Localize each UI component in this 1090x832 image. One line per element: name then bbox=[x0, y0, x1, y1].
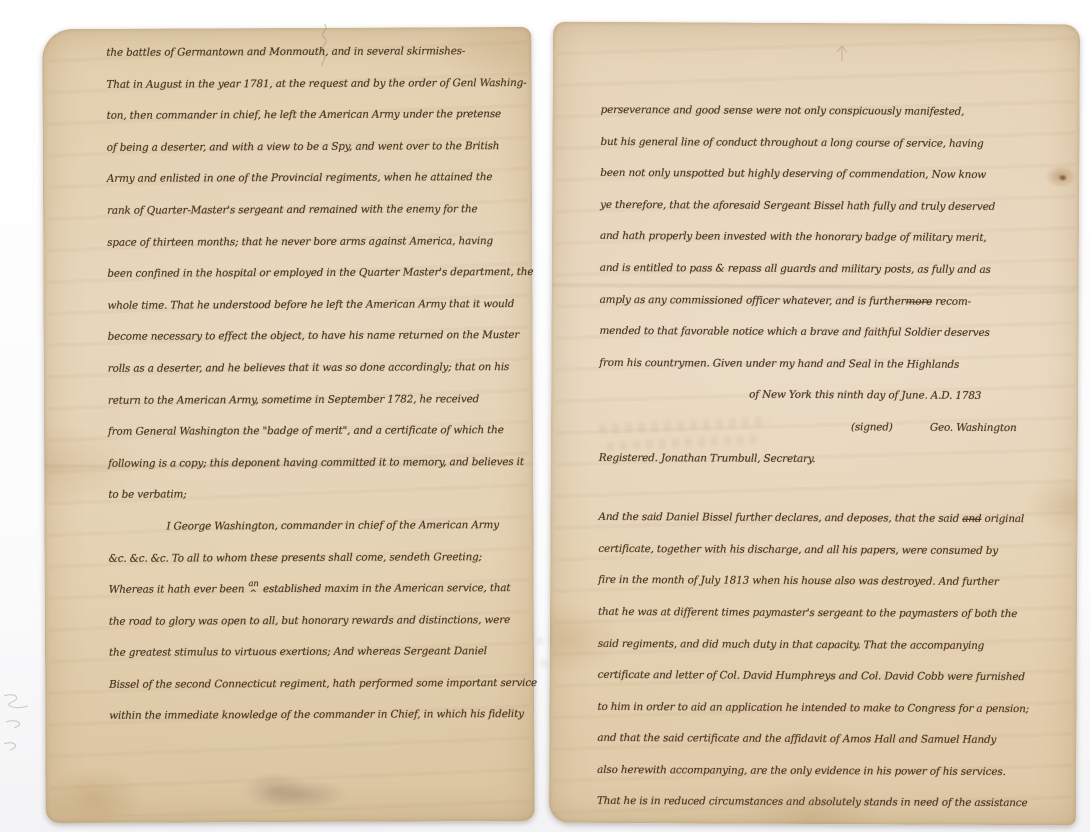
manuscript-line: been confined in the hospital or employe… bbox=[107, 257, 527, 290]
manuscript-line: certificate, together with his discharge… bbox=[598, 534, 1060, 568]
manuscript-line: from his countrymen. Given under my hand… bbox=[599, 348, 1061, 382]
manuscript-line: perseverance and good sense were not onl… bbox=[601, 95, 1063, 129]
manuscript-line: the greatest stimulus to virtuous exerti… bbox=[109, 636, 529, 669]
struck-word: more bbox=[906, 295, 933, 307]
inserted-word: an ^ bbox=[248, 569, 258, 601]
manuscript-line: from General Washington the "badge of me… bbox=[108, 415, 528, 448]
manuscript-line: whole time. That he understood before he… bbox=[107, 289, 527, 322]
manuscript-line: following is a copy; this deponent havin… bbox=[108, 447, 528, 480]
manuscript-line: the road to glory was open to all, but h… bbox=[109, 605, 529, 638]
manuscript-line: return to the American Army, sometime in… bbox=[108, 383, 528, 416]
manuscript-line: of being a deserter, and with a view to … bbox=[107, 131, 527, 164]
manuscript-line: rank of Quarter-Master's sergeant and re… bbox=[107, 194, 527, 227]
manuscript-line: and that the said certificate and the af… bbox=[597, 723, 1059, 757]
manuscript-line: also herewith accompanying, are the only… bbox=[597, 755, 1059, 789]
right-page: perseverance and good sense were not onl… bbox=[549, 22, 1080, 826]
manuscript-line: That he is in reduced circumstances and … bbox=[597, 786, 1059, 820]
caret-mark: ^ bbox=[249, 579, 257, 611]
manuscript-line: rolls as a deserter, and he believes tha… bbox=[108, 352, 528, 385]
left-page-text: the battles of Germantown and Monmouth, … bbox=[106, 36, 529, 733]
manuscript-line: &c. &c. &c. To all to whom these present… bbox=[109, 541, 529, 574]
signed-label: (signed) bbox=[851, 421, 893, 433]
pencil-mark bbox=[0, 688, 42, 758]
manuscript-line: mended to that favorable notice which a … bbox=[599, 316, 1061, 350]
line-text: And the said Daniel Bissel further decla… bbox=[598, 511, 962, 525]
manuscript-line: fire in the month of July 1813 when his … bbox=[598, 565, 1060, 599]
manuscript-line-with-strikethrough: And the said Daniel Bissel further decla… bbox=[598, 502, 1060, 536]
manuscript-line: within the immediate knowledge of the co… bbox=[109, 699, 529, 732]
smudge-mark bbox=[258, 780, 348, 810]
line-text: established maxim in the American servic… bbox=[263, 582, 511, 595]
manuscript-line-certificate-opening: I George Washington, commander in chief … bbox=[108, 510, 528, 543]
struck-word: and bbox=[962, 513, 981, 525]
manuscript-line: certificate and letter of Col. David Hum… bbox=[598, 660, 1060, 694]
line-text: original bbox=[981, 513, 1024, 525]
manuscript-line: ton, then commander in chief, he left th… bbox=[107, 99, 527, 132]
manuscript-line-with-insertion: Whereas it hath ever been an ^ establish… bbox=[109, 573, 529, 606]
manuscript-line: to be verbatim; bbox=[108, 478, 528, 511]
manuscript-line: Army and enlisted in one of the Provinci… bbox=[107, 162, 527, 195]
line-text: Whereas it hath ever been bbox=[109, 583, 245, 596]
ink-blot bbox=[1058, 174, 1067, 181]
line-text: amply as any commissioned officer whatev… bbox=[600, 293, 906, 307]
manuscript-line: to him in order to aid an application he… bbox=[597, 692, 1059, 726]
manuscript-line: said regiments, and did much duty in tha… bbox=[598, 628, 1060, 662]
manuscript-line: been not only unspotted but highly deser… bbox=[600, 158, 1062, 192]
manuscript-line: become necessary to effect the object, t… bbox=[108, 320, 528, 353]
manuscript-line-with-strikethrough: amply as any commissioned officer whatev… bbox=[600, 284, 1062, 318]
registration-line: Registered. Jonathan Trumbull, Secretary… bbox=[599, 442, 1061, 476]
manuscript-line: and hath properly been invested with the… bbox=[600, 221, 1062, 255]
manuscript-line: Bissel of the second Connecticut regimen… bbox=[109, 668, 529, 701]
washington-signature: Geo. Washington bbox=[930, 422, 1017, 434]
line-text: recom- bbox=[932, 295, 971, 307]
dateline: of New York this ninth day of June. A.D.… bbox=[599, 379, 1061, 413]
manuscript-line: ye therefore, that the aforesaid Sergean… bbox=[600, 190, 1062, 224]
right-page-text: perseverance and good sense were not onl… bbox=[597, 95, 1063, 820]
manuscript-line: but his general line of conduct througho… bbox=[600, 126, 1062, 160]
manuscript-line: space of thirteen months; that he never … bbox=[107, 226, 527, 259]
signature-line: (signed) Geo. Washington bbox=[599, 411, 1061, 445]
manuscript-line: that he was at different times paymaster… bbox=[598, 597, 1060, 631]
left-page: the battles of Germantown and Monmouth, … bbox=[42, 27, 534, 823]
manuscript-line: the battles of Germantown and Monmouth, … bbox=[106, 36, 526, 69]
scanned-document: the battles of Germantown and Monmouth, … bbox=[0, 0, 1090, 832]
manuscript-line: and is entitled to pass & repass all gua… bbox=[600, 253, 1062, 287]
pencil-mark bbox=[831, 41, 853, 65]
manuscript-line: That in August in the year 1781, at the … bbox=[106, 68, 526, 101]
